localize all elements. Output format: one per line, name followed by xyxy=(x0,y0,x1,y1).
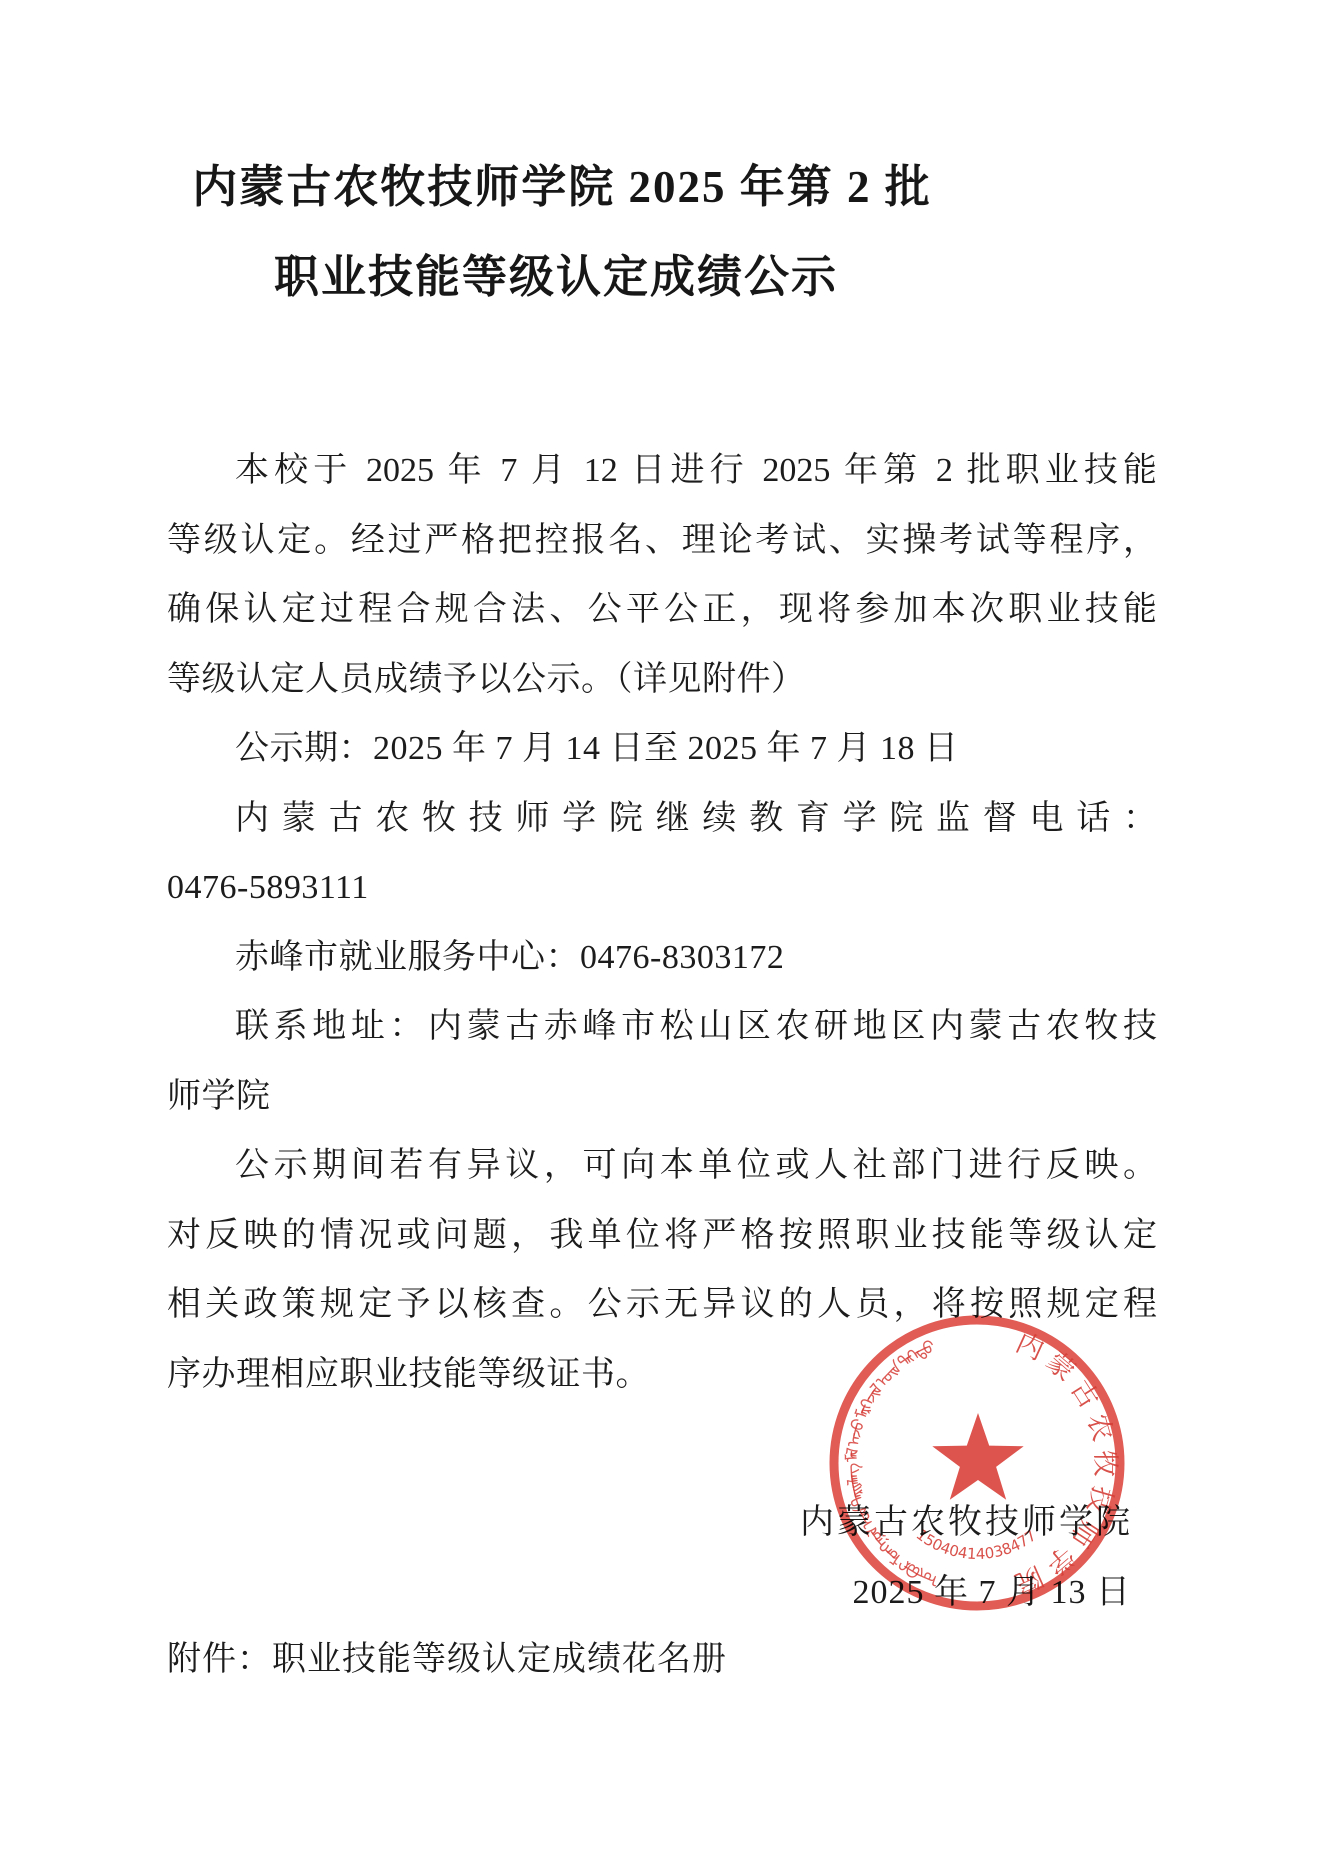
attachment-note: 附件：职业技能等级认定成绩花名册 xyxy=(167,1631,727,1680)
body-line: 师学院 xyxy=(167,1062,1157,1132)
body-line: 内蒙古农牧技师学院继续教育学院监督电话： xyxy=(167,784,1157,854)
document-title-line-2: 职业技能等级认定成绩公示 xyxy=(274,240,838,305)
body-line: 公示期间若有异议，可向本单位或人社部门进行反映。 xyxy=(167,1131,1157,1201)
document-page: 内蒙古农牧技师学院 2025 年第 2 批 职业技能等级认定成绩公示 本校于 2… xyxy=(0,0,1323,1871)
body-line: 联系地址：内蒙古赤峰市松山区农研地区内蒙古农牧技 xyxy=(167,992,1157,1062)
body-line: 序办理相应职业技能等级证书。 xyxy=(167,1340,1157,1410)
body-line: 相关政策规定予以核查。公示无异议的人员，将按照规定程 xyxy=(167,1270,1157,1340)
body-text: 本校于 2025 年 7 月 12 日进行 2025 年第 2 批职业技能等级认… xyxy=(167,436,1157,1409)
seal-star-icon xyxy=(932,1413,1023,1500)
body-line: 确保认定过程合规合法、公平公正，现将参加本次职业技能 xyxy=(167,575,1157,645)
body-line: 等级认定。经过严格把控报名、理论考试、实操考试等程序， xyxy=(167,506,1157,576)
body-line: 对反映的情况或问题，我单位将严格按照职业技能等级认定 xyxy=(167,1201,1157,1271)
body-line: 等级认定人员成绩予以公示。（详见附件） xyxy=(167,645,1157,715)
signature-date: 2025 年 7 月 13 日 xyxy=(853,1564,1132,1613)
document-title-line-1: 内蒙古农牧技师学院 2025 年第 2 批 xyxy=(192,150,932,215)
body-line: 赤峰市就业服务中心：0476-8303172 xyxy=(167,923,1157,993)
body-line: 公示期：2025 年 7 月 14 日至 2025 年 7 月 18 日 xyxy=(167,714,1157,784)
signature-org: 内蒙古农牧技师学院 xyxy=(800,1494,1133,1543)
body-line: 0476-5893111 xyxy=(167,853,1157,923)
body-line: 本校于 2025 年 7 月 12 日进行 2025 年第 2 批职业技能 xyxy=(167,436,1157,506)
